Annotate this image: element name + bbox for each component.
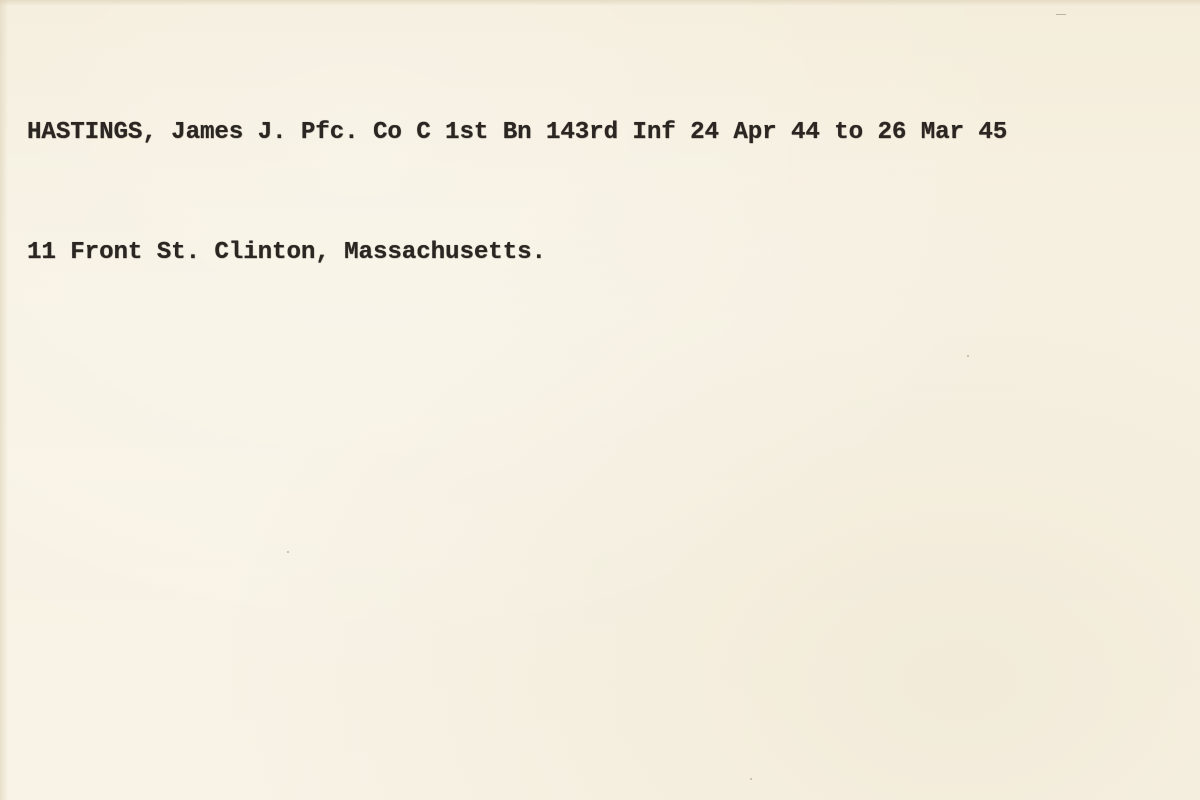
- paper-speck: [750, 778, 752, 780]
- index-card: HASTINGS, James J. Pfc. Co C 1st Bn 143r…: [0, 0, 1200, 800]
- paper-speck: [1056, 14, 1066, 15]
- typed-record: HASTINGS, James J. Pfc. Co C 1st Bn 143r…: [27, 33, 1007, 353]
- paper-speck: [967, 355, 969, 357]
- record-line-address: 11 Front St. Clinton, Massachusetts.: [27, 233, 1007, 273]
- record-line-name-unit-dates: HASTINGS, James J. Pfc. Co C 1st Bn 143r…: [27, 113, 1007, 153]
- paper-speck: [287, 551, 289, 553]
